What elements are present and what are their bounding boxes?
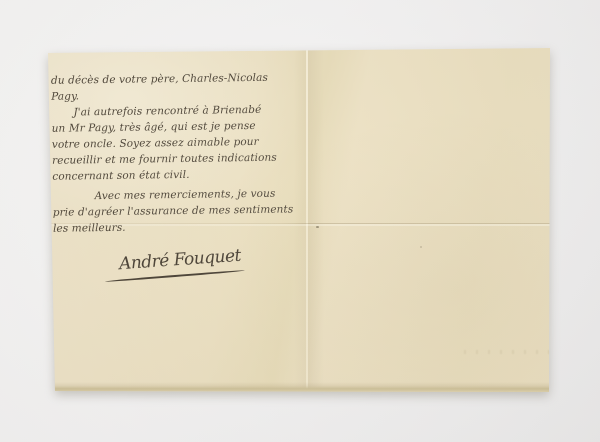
photo-background: du décès de votre père, Charles-Nicolas … [0, 0, 600, 442]
paper-speck [316, 226, 319, 228]
handwritten-letter-text: du décès de votre père, Charles-Nicolas … [51, 69, 307, 237]
paper-speck [420, 246, 422, 248]
ink-showthrough-marks [464, 350, 554, 354]
letter-line: les meilleurs. [53, 217, 307, 237]
letter-line: concernant son état civil. [52, 165, 306, 185]
letter-paper: du décès de votre père, Charles-Nicolas … [44, 44, 558, 394]
paper-shadow: du décès de votre père, Charles-Nicolas … [0, 0, 600, 442]
paper-bottom-page-edges [53, 382, 552, 392]
vertical-fold-shade-right [308, 44, 324, 394]
